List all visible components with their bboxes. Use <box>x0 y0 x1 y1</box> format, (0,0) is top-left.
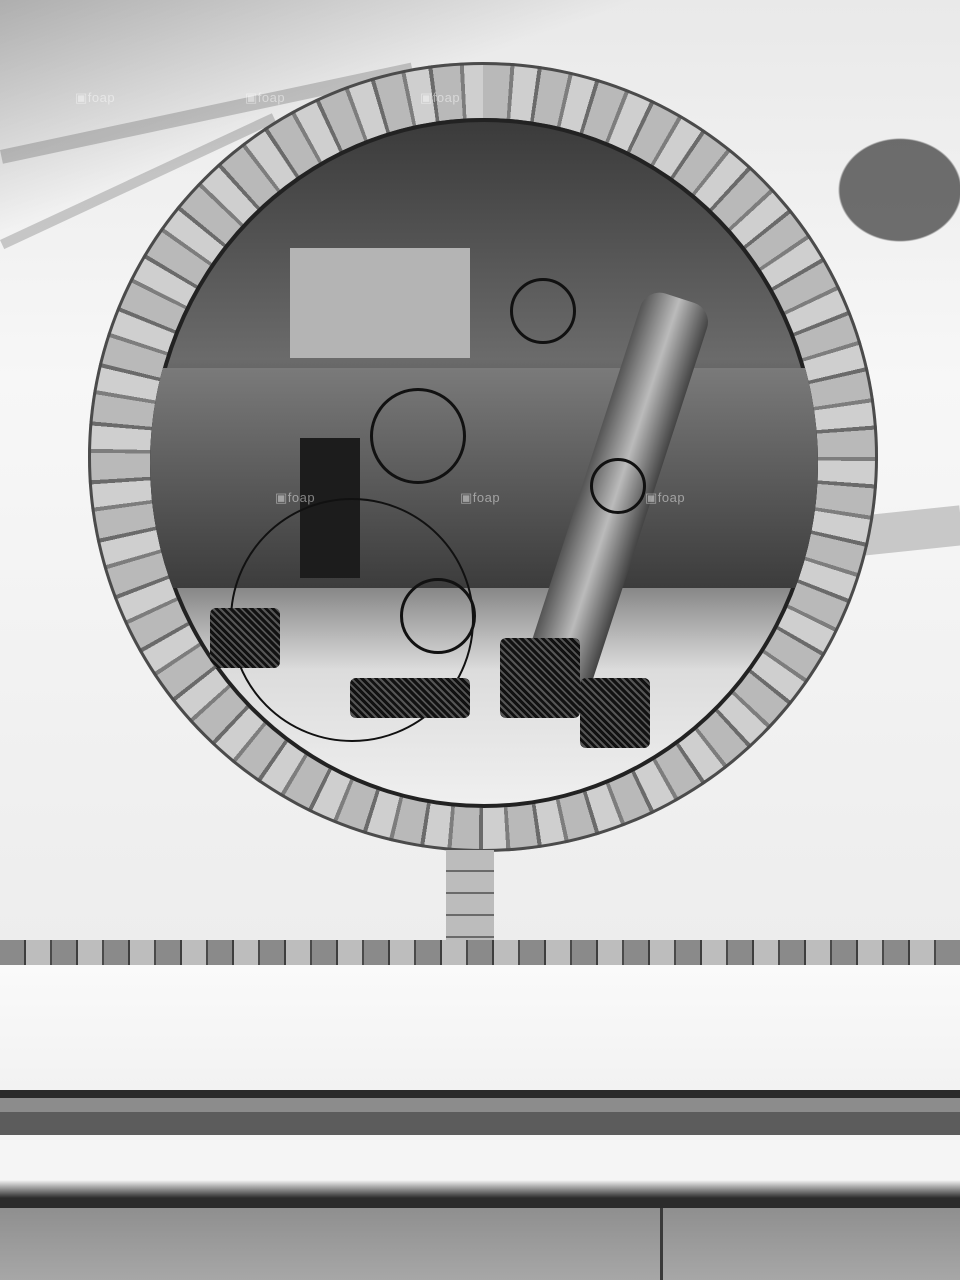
patio-chair <box>580 678 650 748</box>
watermark: foap <box>75 90 115 106</box>
watermark: foap <box>645 490 685 506</box>
watermark: foap <box>460 490 500 506</box>
brick-post <box>446 850 494 945</box>
sidewalk-joint <box>660 1208 663 1280</box>
patio-chair <box>350 678 470 718</box>
snow-ledge <box>0 965 960 1090</box>
watermark: foap <box>245 90 285 106</box>
iron-scroll <box>590 458 646 514</box>
snow-shadow <box>0 1180 960 1210</box>
curb <box>0 1090 960 1140</box>
courtyard-building <box>290 248 470 358</box>
watermark: foap <box>420 90 460 106</box>
patio-chair <box>210 608 280 668</box>
iron-scroll <box>370 388 466 484</box>
iron-scroll <box>510 278 576 344</box>
courtyard-view <box>150 118 818 808</box>
watermark: foap <box>275 490 315 506</box>
sidewalk <box>0 1208 960 1280</box>
photo-scene: foap foap foap foap foap foap <box>0 0 960 1280</box>
patio-chair <box>500 638 580 718</box>
